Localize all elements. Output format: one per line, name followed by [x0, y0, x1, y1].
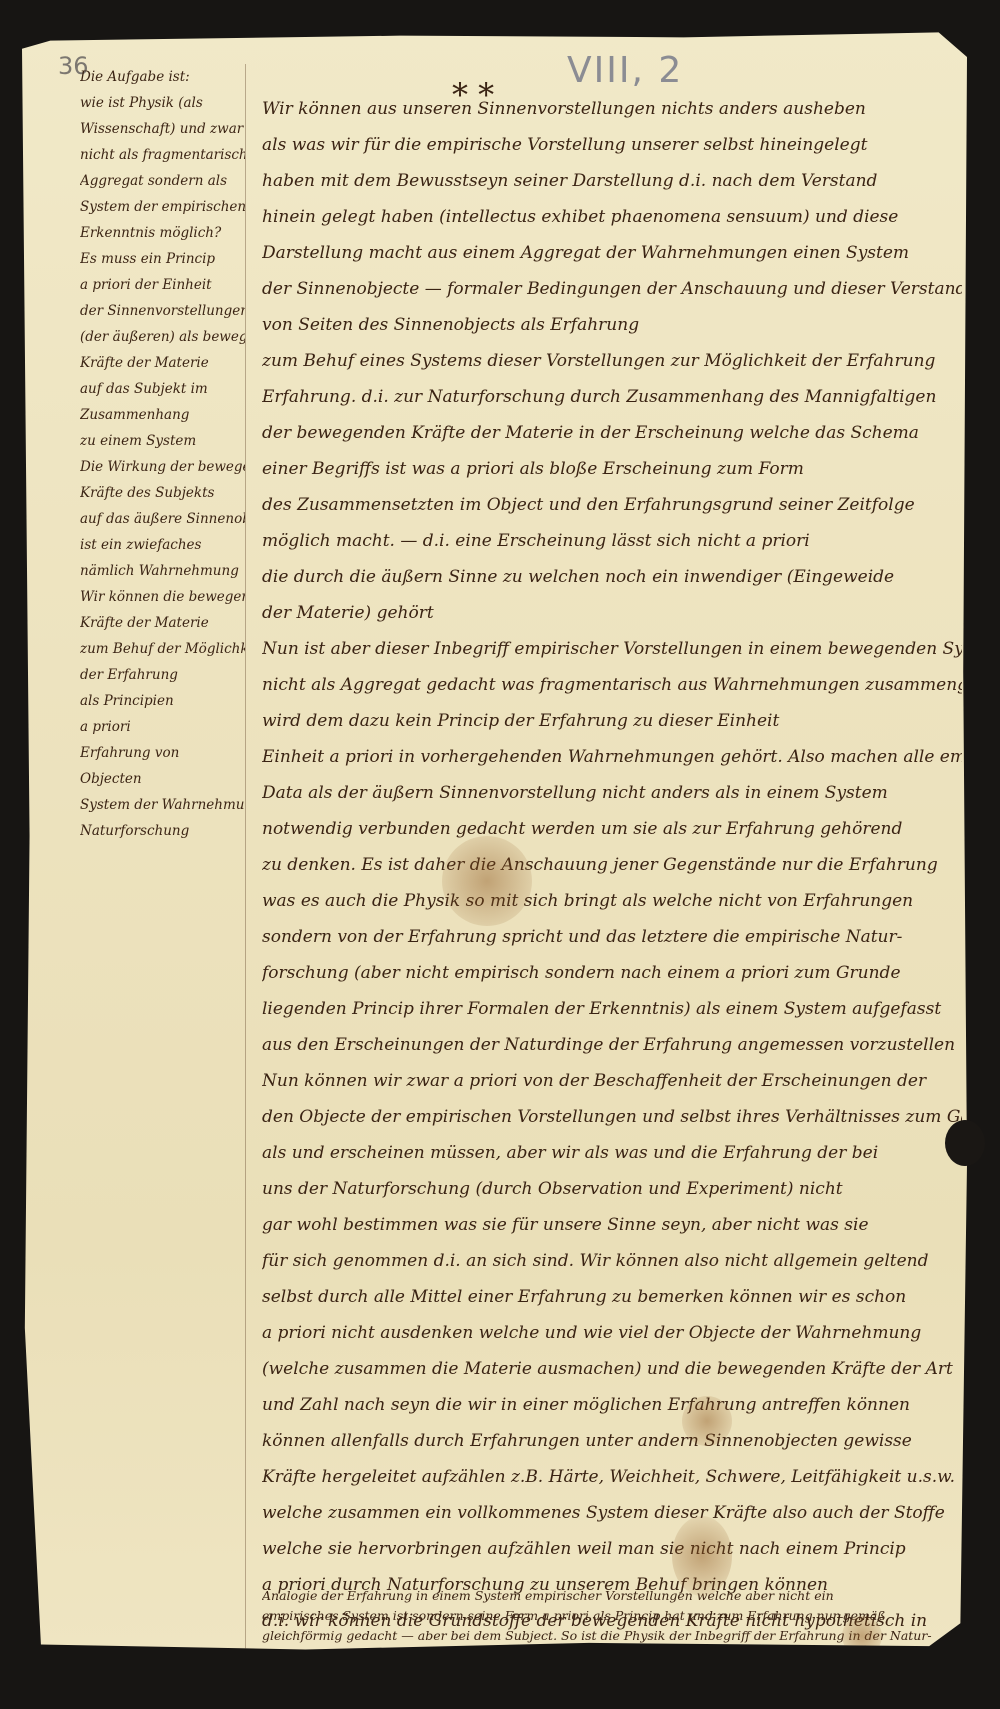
margin-line: System der Wahrnehmungen: [80, 792, 245, 818]
text-line: Einheit a priori in vorhergehenden Wahrn…: [262, 739, 962, 775]
text-line: möglich macht. — d.i. eine Erscheinung l…: [262, 523, 962, 559]
footnote-line: Analogie der Erfahrung in einem System e…: [262, 1586, 962, 1606]
margin-line: als Principien: [80, 688, 245, 714]
text-line: uns der Naturforschung (durch Observatio…: [262, 1171, 962, 1207]
ink-stain: [672, 1516, 732, 1596]
margin-line: Erfahrung von: [80, 740, 245, 766]
margin-line: der Erfahrung: [80, 662, 245, 688]
text-line: hinein gelegt haben (intellectus exhibet…: [262, 199, 962, 235]
text-line: als und erscheinen müssen, aber wir als …: [262, 1135, 962, 1171]
main-text: Wir können aus unseren Sinnenvorstellung…: [262, 91, 962, 1675]
margin-line: Die Aufgabe ist:: [80, 64, 245, 90]
text-line: was es auch die Physik so mit sich bring…: [262, 883, 962, 919]
margin-line: Kräfte der Materie: [80, 610, 245, 636]
text-line: Nun können wir zwar a priori von der Bes…: [262, 1063, 962, 1099]
text-line: forschung (aber nicht empirisch sondern …: [262, 955, 962, 991]
margin-line: wie ist Physik (als: [80, 90, 245, 116]
ink-stain: [442, 836, 532, 926]
margin-line: Erkenntnis möglich?: [80, 220, 245, 246]
margin-line: Naturforschung: [80, 818, 245, 844]
text-line: selbst durch alle Mittel einer Erfahrung…: [262, 1279, 962, 1315]
text-line: wird dem dazu kein Princip der Erfahrung…: [262, 703, 962, 739]
text-line: gar wohl bestimmen was sie für unsere Si…: [262, 1207, 962, 1243]
text-line: von Seiten des Sinnenobjects als Erfahru…: [262, 307, 962, 343]
archive-signature: VIII, 2: [567, 50, 683, 91]
text-line: und Zahl nach seyn die wir in einer mögl…: [262, 1387, 962, 1423]
text-line: können allenfalls durch Erfahrungen unte…: [262, 1423, 962, 1459]
margin-line: a priori: [80, 714, 245, 740]
margin-line: Kräfte der Materie: [80, 350, 245, 376]
text-line: Erfahrung. d.i. zur Naturforschung durch…: [262, 379, 962, 415]
margin-line: System der empirischen: [80, 194, 245, 220]
margin-notes: Die Aufgabe ist:wie ist Physik (alsWisse…: [80, 64, 246, 1664]
text-line: Kräfte hergeleitet aufzählen z.B. Härte,…: [262, 1459, 962, 1495]
margin-line: auf das Subjekt im: [80, 376, 245, 402]
margin-line: Objecten: [80, 766, 245, 792]
margin-line: Die Wirkung der bewegenden: [80, 454, 245, 480]
text-line: notwendig verbunden gedacht werden um si…: [262, 811, 962, 847]
margin-line: zum Behuf der Möglichkeit: [80, 636, 245, 662]
margin-line: zu einem System: [80, 428, 245, 454]
ink-stain: [842, 1616, 882, 1656]
text-line: einer Begriffs ist was a priori als bloß…: [262, 451, 962, 487]
margin-line: Aggregat sondern als: [80, 168, 245, 194]
ink-stain: [682, 1396, 732, 1446]
text-line: den Objecte der empirischen Vorstellunge…: [262, 1099, 962, 1135]
margin-line: Zusammenhang: [80, 402, 245, 428]
margin-line: a priori der Einheit: [80, 272, 245, 298]
text-line: sondern von der Erfahrung spricht und da…: [262, 919, 962, 955]
margin-line: Es muss ein Princip: [80, 246, 245, 272]
text-line: zum Behuf eines Systems dieser Vorstellu…: [262, 343, 962, 379]
text-line: Nun ist aber dieser Inbegriff empirische…: [262, 631, 962, 667]
text-line: der bewegenden Kräfte der Materie in der…: [262, 415, 962, 451]
text-line: der Materie) gehört: [262, 595, 962, 631]
text-line: als was wir für die empirische Vorstellu…: [262, 127, 962, 163]
text-line: aus den Erscheinungen der Naturdinge der…: [262, 1027, 962, 1063]
text-line: die durch die äußern Sinne zu welchen no…: [262, 559, 962, 595]
footnote-line: forschung: [262, 1646, 962, 1666]
text-line: der Sinnenobjecte — formaler Bedingungen…: [262, 271, 962, 307]
text-line: nicht als Aggregat gedacht was fragmenta…: [262, 667, 962, 703]
manuscript-page: 36 VIII, 2 * * Die Aufgabe ist:wie ist P…: [22, 16, 967, 1656]
text-line: (welche zusammen die Materie ausmachen) …: [262, 1351, 962, 1387]
paper-hole: [945, 1120, 985, 1166]
margin-line: Wissenschaft) und zwar: [80, 116, 245, 142]
text-line: Wir können aus unseren Sinnenvorstellung…: [262, 91, 962, 127]
margin-line: ist ein zwiefaches: [80, 532, 245, 558]
text-line: liegenden Princip ihrer Formalen der Erk…: [262, 991, 962, 1027]
text-line: haben mit dem Bewusstseyn seiner Darstel…: [262, 163, 962, 199]
text-line: für sich genommen d.i. an sich sind. Wir…: [262, 1243, 962, 1279]
margin-line: der Sinnenvorstellungen: [80, 298, 245, 324]
text-line: Data als der äußern Sinnenvorstellung ni…: [262, 775, 962, 811]
margin-line: Kräfte des Subjekts: [80, 480, 245, 506]
text-line: des Zusammensetzten im Object und den Er…: [262, 487, 962, 523]
margin-line: Wir können die bewegenden: [80, 584, 245, 610]
margin-line: nämlich Wahrnehmung: [80, 558, 245, 584]
margin-line: (der äußeren) als bewegende: [80, 324, 245, 350]
text-line: zu denken. Es ist daher die Anschauung j…: [262, 847, 962, 883]
text-line: welche sie hervorbringen aufzählen weil …: [262, 1531, 962, 1567]
margin-line: nicht als fragmentarisches: [80, 142, 245, 168]
text-line: welche zusammen ein vollkommenes System …: [262, 1495, 962, 1531]
margin-line: auf das äußere Sinnenobject: [80, 506, 245, 532]
text-line: a priori nicht ausdenken welche und wie …: [262, 1315, 962, 1351]
text-line: Darstellung macht aus einem Aggregat der…: [262, 235, 962, 271]
